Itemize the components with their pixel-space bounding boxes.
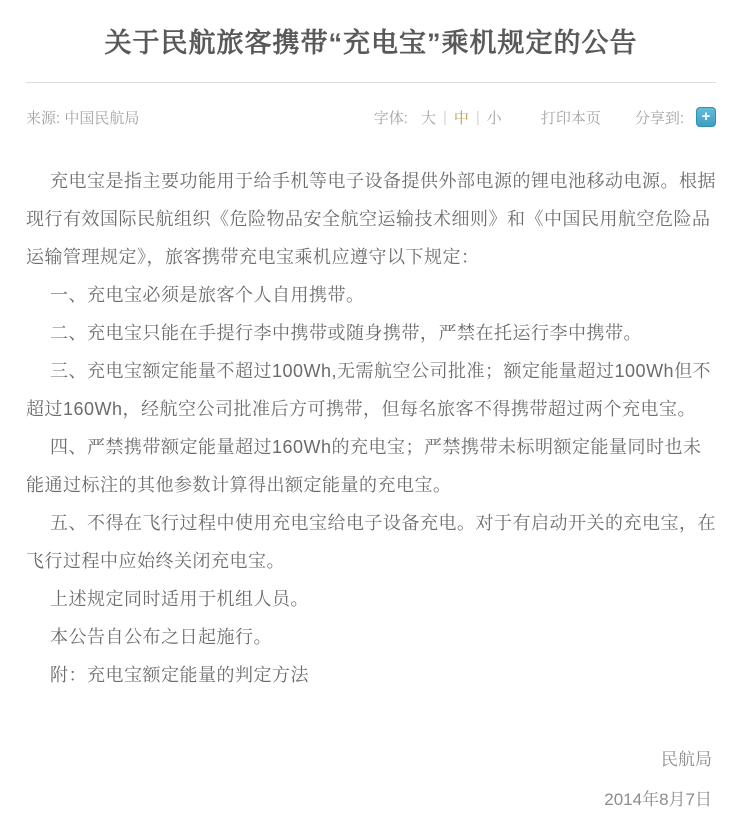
- article-paragraph: 二、充电宝只能在手提行李中携带或随身携带，严禁在托运行李中携带。: [26, 314, 716, 352]
- announcement-page: 关于民航旅客携带“充电宝”乘机规定的公告 来源: 中国民航局 字体: 大 | 中…: [0, 0, 742, 820]
- article-paragraph: 三、充电宝额定能量不超过100Wh,无需航空公司批准；额定能量超过100Wh但不…: [26, 352, 716, 428]
- font-size-label: 字体:: [374, 107, 408, 128]
- article-paragraph: 上述规定同时适用于机组人员。: [26, 580, 716, 618]
- source-label: 来源: 中国民航局: [26, 107, 139, 128]
- separator: |: [476, 109, 480, 126]
- article-paragraph: 充电宝是指主要功能用于给手机等电子设备提供外部电源的锂电池移动电源。根据现行有效…: [26, 162, 716, 276]
- meta-bar: 来源: 中国民航局 字体: 大 | 中 | 小 打印本页 分享到: +: [26, 106, 716, 128]
- signature: 民航局: [26, 740, 712, 780]
- plus-icon: +: [702, 109, 711, 124]
- print-page-button[interactable]: 打印本页: [541, 107, 601, 128]
- article-paragraph: 五、不得在飞行过程中使用充电宝给电子设备充电。对于有启动开关的充电宝，在飞行过程…: [26, 504, 716, 580]
- page-title: 关于民航旅客携带“充电宝”乘机规定的公告: [26, 0, 716, 60]
- article-paragraph: 本公告自公布之日起施行。: [26, 618, 716, 656]
- signature-block: 民航局 2014年8月7日: [26, 740, 716, 820]
- date: 2014年8月7日: [26, 780, 712, 820]
- share-to-label: 分享到:: [635, 107, 684, 128]
- article-body: 充电宝是指主要功能用于给手机等电子设备提供外部电源的锂电池移动电源。根据现行有效…: [26, 162, 716, 694]
- separator: |: [443, 109, 447, 126]
- share-button[interactable]: +: [696, 107, 716, 127]
- article-paragraph: 一、充电宝必须是旅客个人自用携带。: [26, 276, 716, 314]
- article-paragraph: 四、严禁携带额定能量超过160Wh的充电宝；严禁携带未标明额定能量同时也未能通过…: [26, 428, 716, 504]
- meta-controls: 字体: 大 | 中 | 小 打印本页 分享到: +: [374, 107, 716, 128]
- font-size-large[interactable]: 大: [421, 107, 436, 128]
- article-paragraph: 附：充电宝额定能量的判定方法: [26, 656, 716, 694]
- font-size-small[interactable]: 小: [487, 107, 502, 128]
- title-divider: [26, 82, 716, 83]
- font-size-medium[interactable]: 中: [454, 107, 469, 128]
